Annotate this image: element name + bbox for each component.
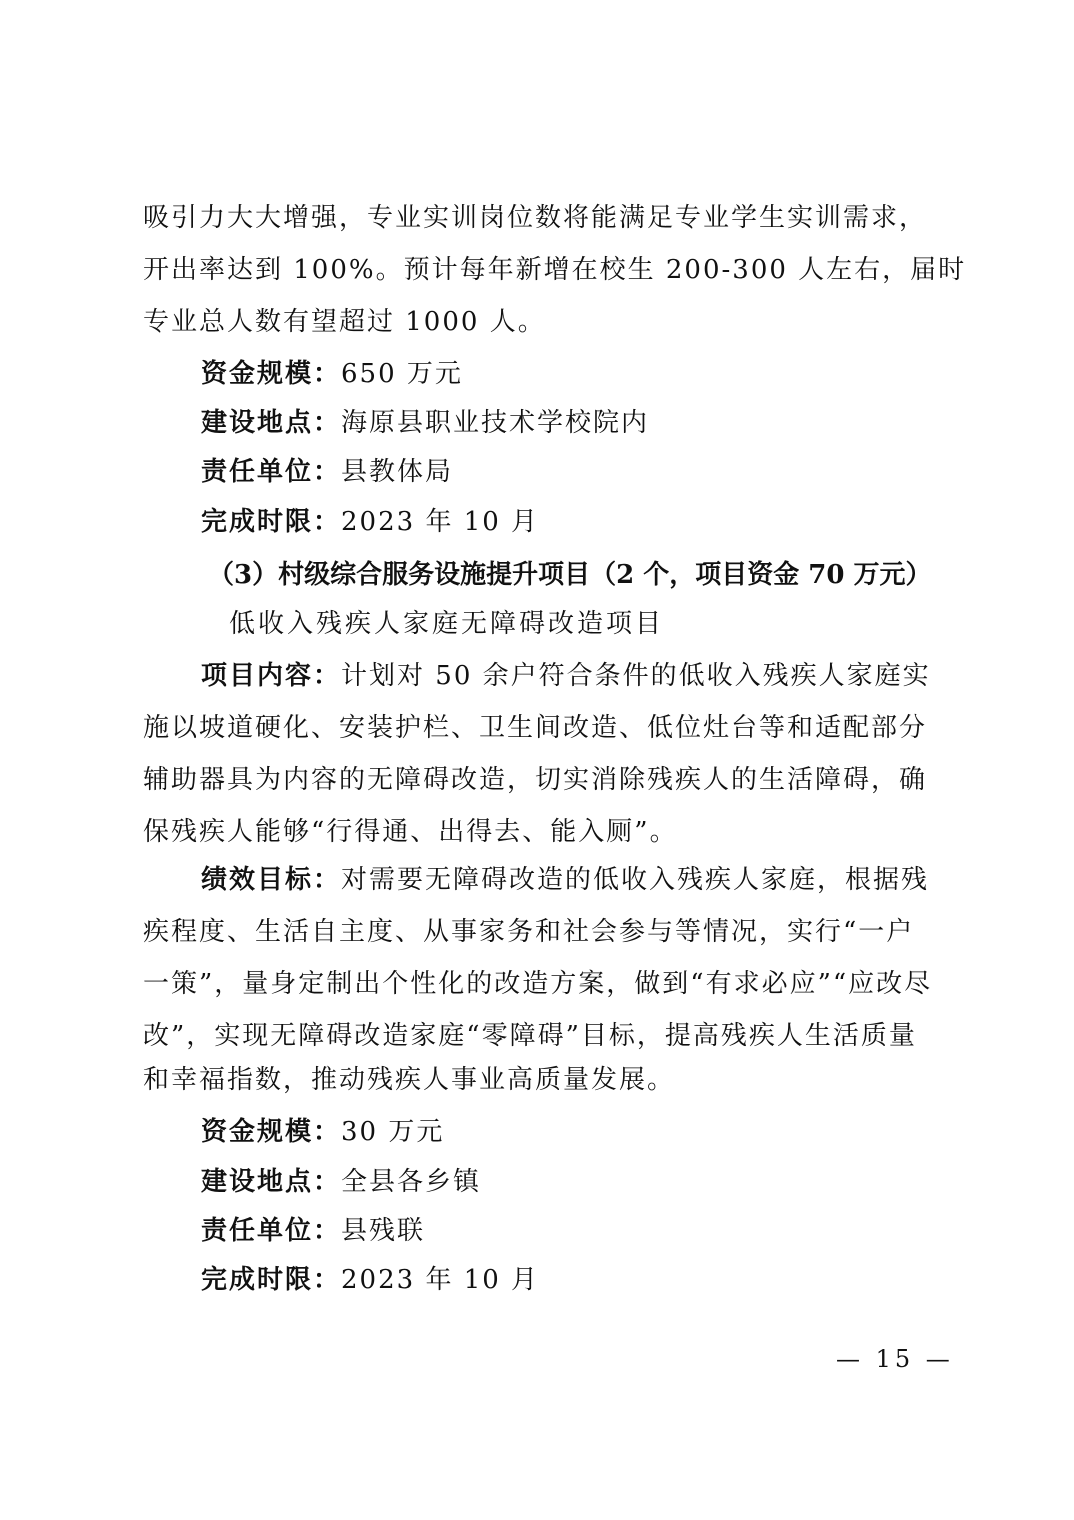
meta-value: 县残联 bbox=[341, 1216, 425, 1246]
body-text-line: 吸引力大大增强，专业实训岗位数将能满足专业学生实训需求， bbox=[143, 198, 927, 238]
body-text-line: 辅助器具为内容的无障碍改造，切实消除残疾人的生活障碍，确 bbox=[143, 760, 927, 800]
content-text: 计划对 50 余户符合条件的低收入残疾人家庭实 bbox=[341, 661, 931, 691]
meta-unit: 责任单位：县教体局 bbox=[201, 452, 453, 492]
meta-unit: 责任单位：县残联 bbox=[201, 1211, 425, 1251]
goal-first-line: 绩效目标：对需要无障碍改造的低收入残疾人家庭，根据残 bbox=[201, 860, 929, 900]
body-text-line: 一策”，量身定制出个性化的改造方案，做到“有求必应”“应改尽 bbox=[143, 964, 932, 1004]
meta-funding: 资金规模：30 万元 bbox=[201, 1112, 444, 1152]
body-text-line: 开出率达到 100%。预计每年新增在校生 200-300 人左右，届时 bbox=[143, 250, 966, 290]
body-text-line: 施以坡道硬化、安装护栏、卫生间改造、低位灶台等和适配部分 bbox=[143, 708, 927, 748]
meta-location: 建设地点：全县各乡镇 bbox=[201, 1162, 481, 1202]
body-text-line: 改”，实现无障碍改造家庭“零障碍”目标，提高残疾人生活质量 bbox=[143, 1016, 917, 1056]
meta-deadline: 完成时限：2023 年 10 月 bbox=[201, 1260, 539, 1300]
meta-label: 资金规模： bbox=[201, 1117, 341, 1147]
content-first-line: 项目内容：计划对 50 余户符合条件的低收入残疾人家庭实 bbox=[201, 656, 931, 696]
meta-value: 30 万元 bbox=[341, 1117, 444, 1147]
goal-text: 对需要无障碍改造的低收入残疾人家庭，根据残 bbox=[341, 865, 929, 895]
meta-label: 责任单位： bbox=[201, 457, 341, 487]
meta-label: 完成时限： bbox=[201, 1265, 341, 1295]
project-title: 低收入残疾人家庭无障碍改造项目 bbox=[229, 604, 664, 644]
body-text-line: 专业总人数有望超过 1000 人。 bbox=[143, 302, 546, 342]
meta-location: 建设地点：海原县职业技术学校院内 bbox=[201, 403, 649, 443]
meta-value: 2023 年 10 月 bbox=[341, 507, 539, 537]
meta-value: 全县各乡镇 bbox=[341, 1167, 481, 1197]
content-label: 项目内容： bbox=[201, 661, 341, 691]
body-text-line: 保残疾人能够“行得通、出得去、能入厕”。 bbox=[143, 812, 678, 852]
section-heading: （3）村级综合服务设施提升项目（2 个，项目资金 70 万元） bbox=[208, 555, 932, 595]
page-number: — 15 — bbox=[836, 1345, 954, 1373]
meta-label: 建设地点： bbox=[201, 408, 341, 438]
body-text-line: 和幸福指数，推动残疾人事业高质量发展。 bbox=[143, 1060, 675, 1100]
meta-deadline: 完成时限：2023 年 10 月 bbox=[201, 502, 539, 542]
goal-label: 绩效目标： bbox=[201, 865, 341, 895]
meta-label: 建设地点： bbox=[201, 1167, 341, 1197]
meta-value: 2023 年 10 月 bbox=[341, 1265, 539, 1295]
meta-label: 资金规模： bbox=[201, 359, 341, 389]
body-text-line: 疾程度、生活自主度、从事家务和社会参与等情况，实行“一户 bbox=[143, 912, 914, 952]
meta-label: 完成时限： bbox=[201, 507, 341, 537]
meta-funding: 资金规模：650 万元 bbox=[201, 354, 463, 394]
meta-value: 海原县职业技术学校院内 bbox=[341, 408, 649, 438]
meta-value: 650 万元 bbox=[341, 359, 463, 389]
meta-value: 县教体局 bbox=[341, 457, 453, 487]
meta-label: 责任单位： bbox=[201, 1216, 341, 1246]
